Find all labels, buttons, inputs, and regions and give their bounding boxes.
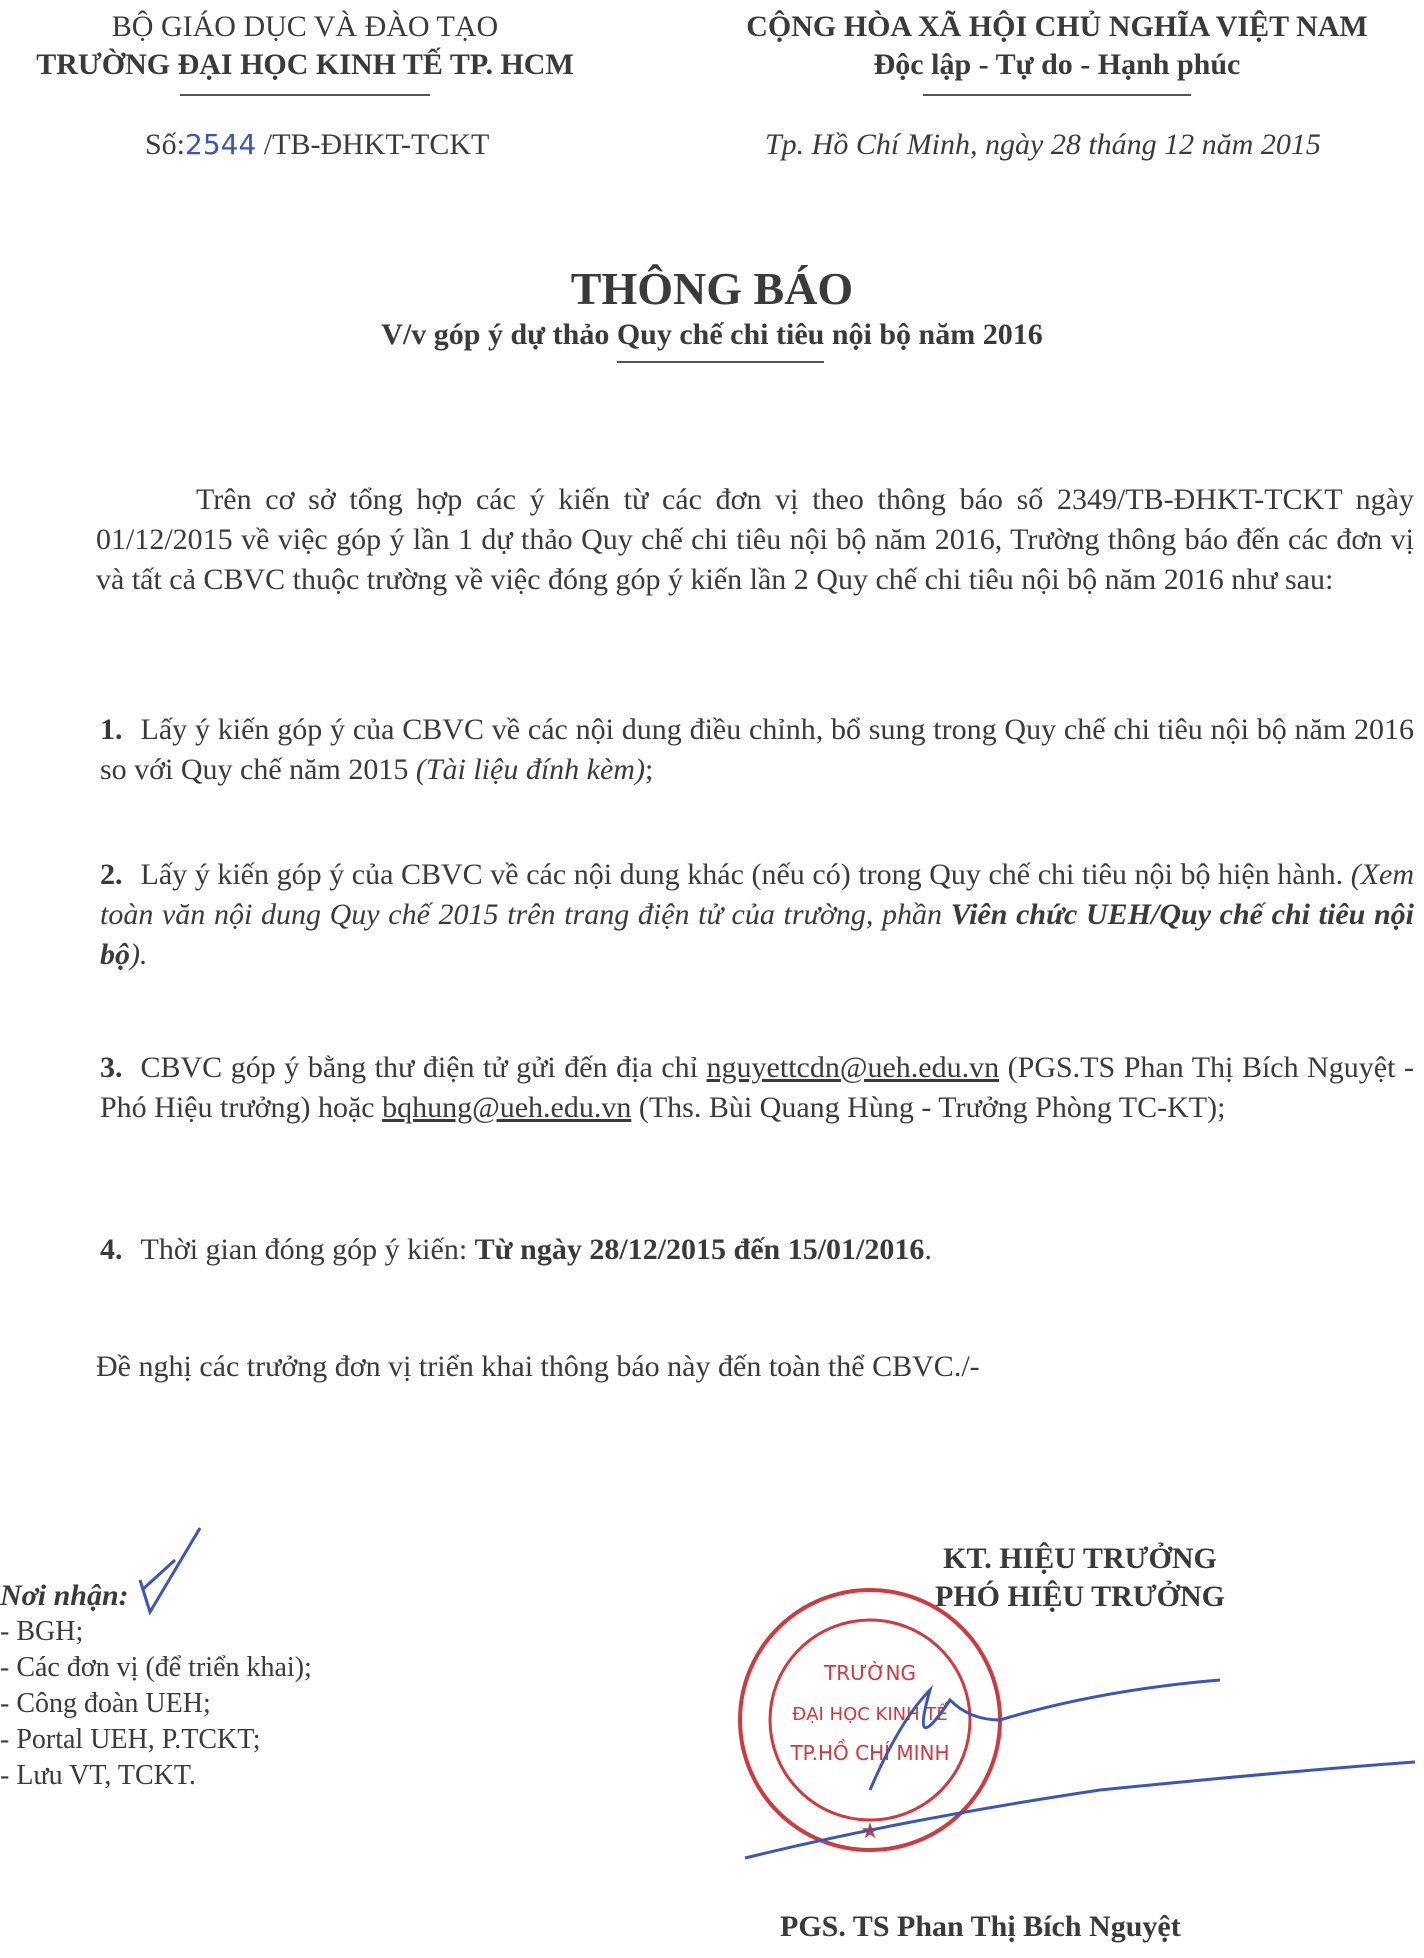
document-number: Số:2544 /TB-ĐHKT-TCKT xyxy=(145,128,489,162)
recipient-item: - BGH; xyxy=(0,1614,312,1650)
item-text: CBVC góp ý bằng thư điện tử gửi đến địa … xyxy=(141,1051,707,1084)
signer-name: PGS. TS Phan Thị Bích Nguyệt xyxy=(780,1910,1181,1944)
national-motto: Độc lập - Tự do - Hạnh phúc xyxy=(690,46,1424,84)
subject-prefix: V/v góp ý dự thảo xyxy=(381,318,617,351)
motto-divider xyxy=(923,94,1191,96)
list-item: 1.Lấy ý kiến góp ý của CBVC về các nội d… xyxy=(100,710,1414,790)
item-italic: (Tài liệu đính kèm) xyxy=(416,753,645,786)
item-number: 1. xyxy=(100,713,123,746)
email-link-hung[interactable]: bqhung@ueh.edu.vn xyxy=(382,1091,631,1124)
signature-title-2: PHÓ HIỆU TRƯỞNG xyxy=(800,1578,1360,1616)
document-subject: V/v góp ý dự thảo Quy chế chi tiêu nội b… xyxy=(0,318,1424,352)
national-heading: CỘNG HÒA XÃ HỘI CHỦ NGHĨA VIỆT NAM Độc l… xyxy=(690,8,1424,96)
item-number: 4. xyxy=(100,1233,123,1266)
issuer-block: BỘ GIÁO DỤC VÀ ĐÀO TẠO TRƯỜNG ĐẠI HỌC KI… xyxy=(0,8,610,96)
recipient-item: - Portal UEH, P.TCKT; xyxy=(0,1722,312,1758)
item-bold: Từ ngày 28/12/2015 đến 15/01/2016 xyxy=(475,1233,925,1266)
signature-title-1: KT. HIỆU TRƯỞNG xyxy=(800,1540,1360,1578)
email-link-nguyet[interactable]: nguyettcdn@ueh.edu.vn xyxy=(707,1051,1000,1084)
recipient-item: - Lưu VT, TCKT. xyxy=(0,1758,312,1794)
item-text: (Ths. Bùi Quang Hùng - Trưởng Phòng TC-K… xyxy=(631,1091,1225,1124)
subject-underlined: Quy chế chi tiêu xyxy=(617,318,825,363)
signature-underline xyxy=(745,1762,1415,1858)
recipient-item: - Công đoàn UEH; xyxy=(0,1686,312,1722)
item-text: Lấy ý kiến góp ý của CBVC về các nội dun… xyxy=(141,858,1351,891)
doc-number-prefix: Số: xyxy=(145,128,185,161)
item-text: Thời gian đóng góp ý kiến: xyxy=(141,1233,475,1266)
list-item: 3.CBVC góp ý bằng thư điện tử gửi đến đị… xyxy=(100,1048,1414,1128)
item-number: 3. xyxy=(100,1051,123,1084)
closing-request: Đề nghị các trưởng đơn vị triển khai thô… xyxy=(96,1350,980,1384)
svg-text:ĐẠI HỌC KINH TẾ: ĐẠI HỌC KINH TẾ xyxy=(792,1701,948,1725)
signature-block: KT. HIỆU TRƯỞNG PHÓ HIỆU TRƯỞNG xyxy=(800,1540,1360,1616)
intro-paragraph: Trên cơ sở tổng hợp các ý kiến từ các đơ… xyxy=(96,480,1414,600)
item-text: Lấy ý kiến góp ý của CBVC về các nội dun… xyxy=(100,713,1414,786)
svg-text:★: ★ xyxy=(860,1818,880,1843)
svg-text:TRƯỜNG: TRƯỜNG xyxy=(823,1661,916,1685)
list-item: 4.Thời gian đóng góp ý kiến: Từ ngày 28/… xyxy=(100,1230,1414,1270)
university-name: TRƯỜNG ĐẠI HỌC KINH TẾ TP. HCM xyxy=(0,46,610,84)
issuer-divider xyxy=(180,94,430,96)
svg-text:TP.HỒ CHÍ MINH: TP.HỒ CHÍ MINH xyxy=(789,1739,949,1765)
doc-number-suffix: /TB-ĐHKT-TCKT xyxy=(256,128,489,161)
list-item: 2.Lấy ý kiến góp ý của CBVC về các nội d… xyxy=(100,855,1414,975)
date-line: Tp. Hồ Chí Minh, ngày 28 tháng 12 năm 20… xyxy=(765,128,1321,162)
subject-suffix: nội bộ năm 2016 xyxy=(824,318,1042,351)
recipient-item: - Các đơn vị (để triển khai); xyxy=(0,1650,312,1686)
signature-scribble xyxy=(870,1680,1220,1790)
official-stamp: TRƯỜNG ĐẠI HỌC KINH TẾ TP.HỒ CHÍ MINH ★ xyxy=(740,1590,1000,1850)
item-end: . xyxy=(924,1233,932,1266)
item-number: 2. xyxy=(100,858,123,891)
recipients-label: Nơi nhận: xyxy=(0,1578,312,1614)
handwritten-number: 2544 xyxy=(185,128,256,161)
document-title: THÔNG BÁO xyxy=(0,262,1424,315)
ministry-name: BỘ GIÁO DỤC VÀ ĐÀO TẠO xyxy=(0,8,610,46)
item-end: ; xyxy=(645,753,653,786)
republic-name: CỘNG HÒA XÃ HỘI CHỦ NGHĨA VIỆT NAM xyxy=(690,8,1424,46)
recipients-block: Nơi nhận: - BGH; - Các đơn vị (để triển … xyxy=(0,1578,312,1794)
item-italic-end: ). xyxy=(130,938,148,971)
